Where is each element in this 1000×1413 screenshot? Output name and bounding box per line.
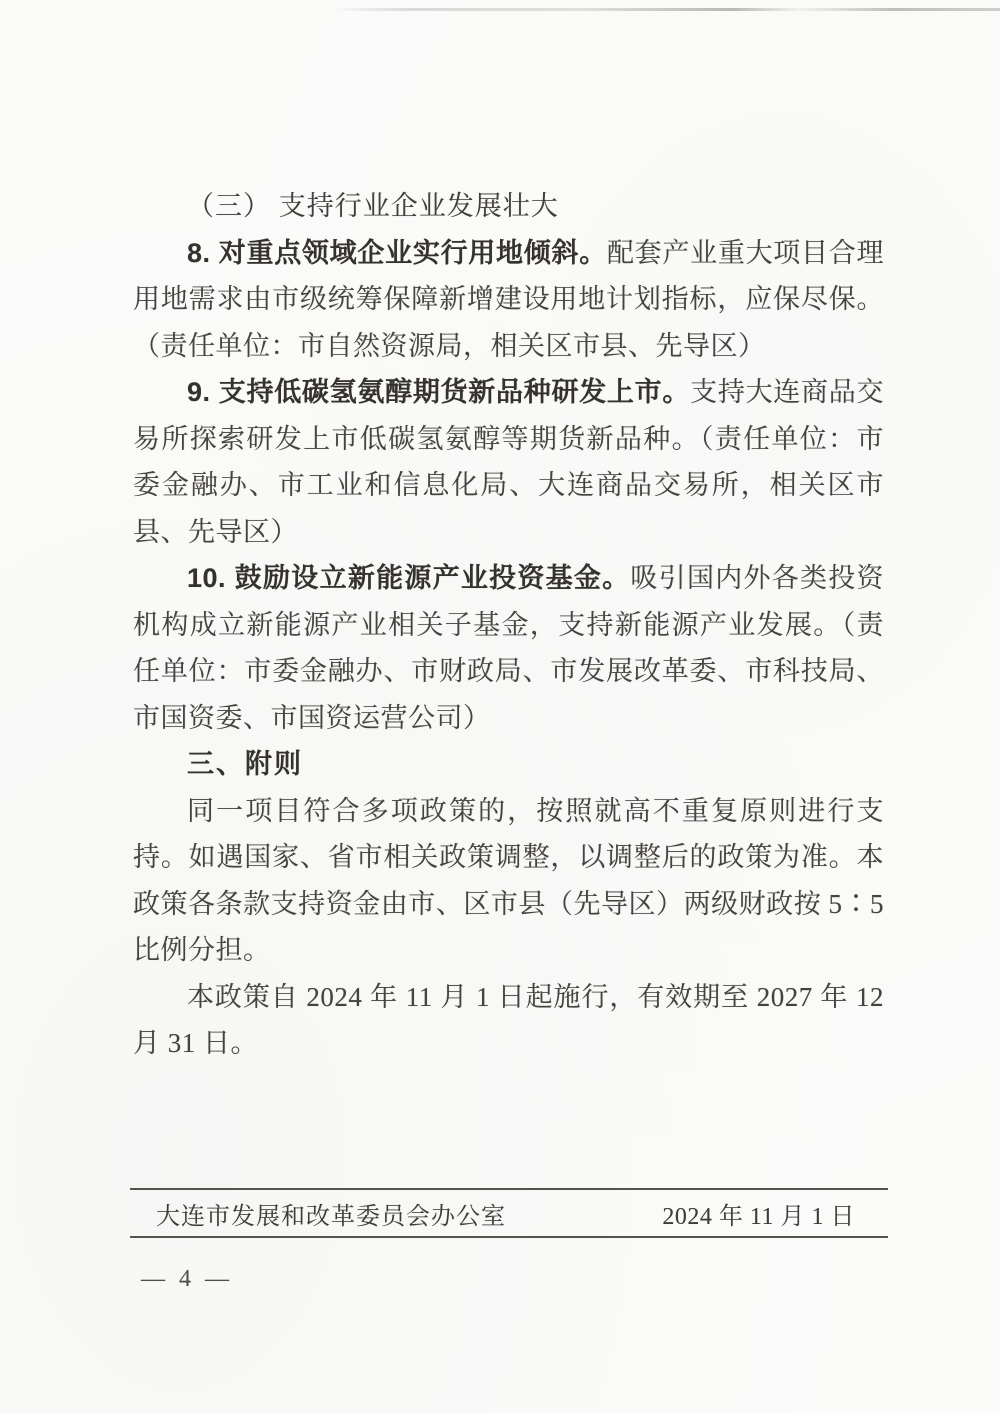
policy-item-10-title: 10. 鼓励设立新能源产业投资基金。 [187, 563, 630, 593]
section-heading: （三） 支持行业企业发展壮大 [133, 183, 884, 230]
policy-item-10: 10. 鼓励设立新能源产业投资基金。吸引国内外各类投资机构成立新能源产业相关子基… [133, 555, 884, 741]
policy-item-9: 9. 支持低碳氢氨醇期货新品种研发上市。支持大连商品交易所探索研发上市低碳氢氨醇… [133, 369, 884, 555]
policy-item-8: 8. 对重点领域企业实行用地倾斜。配套产业重大项目合理用地需求由市级统筹保障新增… [133, 230, 884, 370]
page-number: — 4 — [141, 1266, 233, 1293]
policy-item-9-title: 9. 支持低碳氢氨醇期货新品种研发上市。 [187, 377, 690, 407]
issue-date: 2024 年 11 月 1 日 [662, 1196, 855, 1231]
document-footer: 大连市发展和改革委员会办公室 2024 年 11 月 1 日 [130, 1188, 888, 1238]
document-body: （三） 支持行业企业发展壮大 8. 对重点领域企业实行用地倾斜。配套产业重大项目… [133, 183, 884, 1067]
appendix-paragraph-1: 同一项目符合多项政策的，按照就高不重复原则进行支持。如遇国家、省市相关政策调整，… [133, 788, 884, 974]
scanned-document-page: （三） 支持行业企业发展壮大 8. 对重点领域企业实行用地倾斜。配套产业重大项目… [0, 0, 1000, 1413]
issuing-office: 大连市发展和改革委员会办公室 [156, 1196, 506, 1231]
policy-item-8-title: 8. 对重点领域企业实行用地倾斜。 [187, 238, 607, 268]
appendix-paragraph-2: 本政策自 2024 年 11 月 1 日起施行，有效期至 2027 年 12 月… [133, 974, 884, 1067]
scan-artifact-line [330, 8, 1000, 11]
appendix-heading: 三、附则 [133, 741, 884, 788]
